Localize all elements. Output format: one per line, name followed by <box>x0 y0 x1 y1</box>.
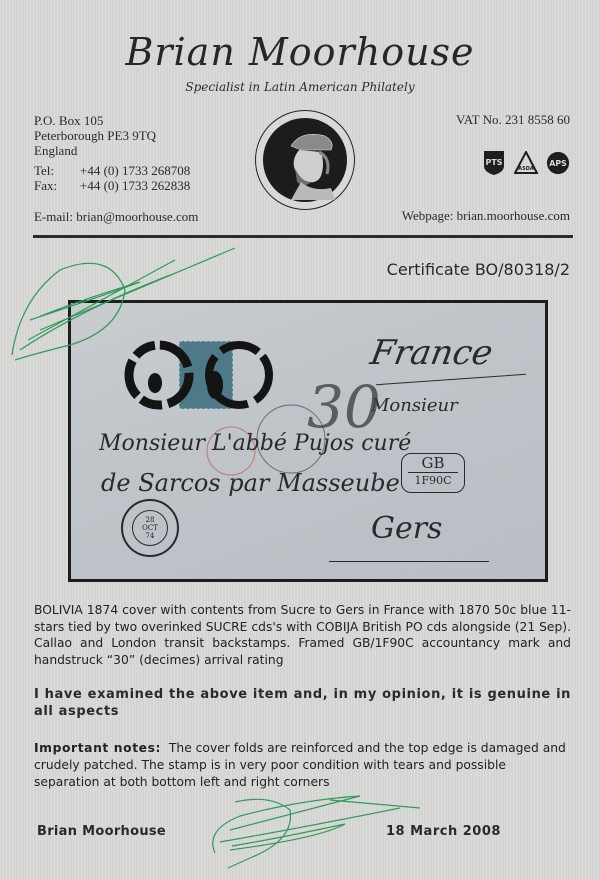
certificate-date: 18 March 2008 <box>386 824 501 839</box>
portrait-medallion-icon <box>255 110 355 210</box>
asda-triangle-icon: ASDA <box>514 150 538 176</box>
cds-month: OCT <box>133 524 167 532</box>
fax-value: +44 (0) 1733 262838 <box>80 178 190 193</box>
fax-label: Fax: <box>34 178 80 193</box>
aps-circle-icon: APS <box>546 150 570 176</box>
underline-gers <box>329 561 489 562</box>
arrival-cds: 28 OCT 74 <box>121 499 179 557</box>
arrival-cds-inner: 28 OCT 74 <box>132 510 168 546</box>
expert-opinion: I have examined the above item and, in m… <box>34 686 571 720</box>
cds-day: 28 <box>133 516 167 524</box>
portrait-icon <box>261 116 349 204</box>
svg-text:PTS: PTS <box>485 158 502 167</box>
cds-year: 74 <box>133 532 167 540</box>
brand-subtitle: Specialist in Latin American Philately <box>0 80 600 94</box>
contact-block: Tel: +44 (0) 1733 268708 Fax: +44 (0) 17… <box>34 163 190 193</box>
tel-row: Tel: +44 (0) 1733 268708 <box>34 163 190 178</box>
vat-number: VAT No. 231 8558 60 <box>456 112 570 127</box>
signer-name: Brian Moorhouse <box>37 824 166 839</box>
pts-shield-icon: PTS <box>482 150 506 176</box>
tel-value: +44 (0) 1733 268708 <box>80 163 190 178</box>
gb-mark-bottom: 1F90C <box>402 473 464 489</box>
svg-text:ASDA: ASDA <box>518 166 534 172</box>
address-line-gers: Gers <box>371 511 442 546</box>
address-line-recipient: Monsieur L'abbé Pujos curé <box>99 431 411 456</box>
address-line: P.O. Box 105 <box>34 113 156 128</box>
webpage-link[interactable]: Webpage: brian.moorhouse.com <box>402 208 570 223</box>
header-divider <box>33 235 573 238</box>
important-notes: Important notes: The cover folds are rei… <box>34 740 571 791</box>
tel-label: Tel: <box>34 163 80 178</box>
society-logos: PTS ASDA APS <box>482 150 570 176</box>
gb-mark-top: GB <box>408 454 458 473</box>
certificate-number: Certificate BO/80318/2 <box>387 260 570 279</box>
address-monsieur: Monsieur <box>371 395 458 416</box>
postal-address: P.O. Box 105 Peterborough PE3 9TQ Englan… <box>34 113 156 158</box>
address-france: France <box>367 333 495 373</box>
address-line: Peterborough PE3 9TQ <box>34 128 156 143</box>
brand-title: Brian Moorhouse <box>0 30 600 74</box>
svg-text:APS: APS <box>549 159 567 168</box>
underline-france <box>376 374 526 385</box>
address-line-town: de Sarcos par Masseube <box>101 469 400 497</box>
fax-row: Fax: +44 (0) 1733 262838 <box>34 178 190 193</box>
item-description: BOLIVIA 1874 cover with contents from Su… <box>34 602 571 668</box>
gb-accountancy-mark: GB 1F90C <box>401 453 465 493</box>
cover-photograph: France Monsieur 30 Monsieur L'abbé Pujos… <box>68 300 548 582</box>
email-link[interactable]: E-mail: brian@moorhouse.com <box>34 209 198 224</box>
address-line: England <box>34 143 156 158</box>
notes-label: Important notes: <box>34 741 161 755</box>
